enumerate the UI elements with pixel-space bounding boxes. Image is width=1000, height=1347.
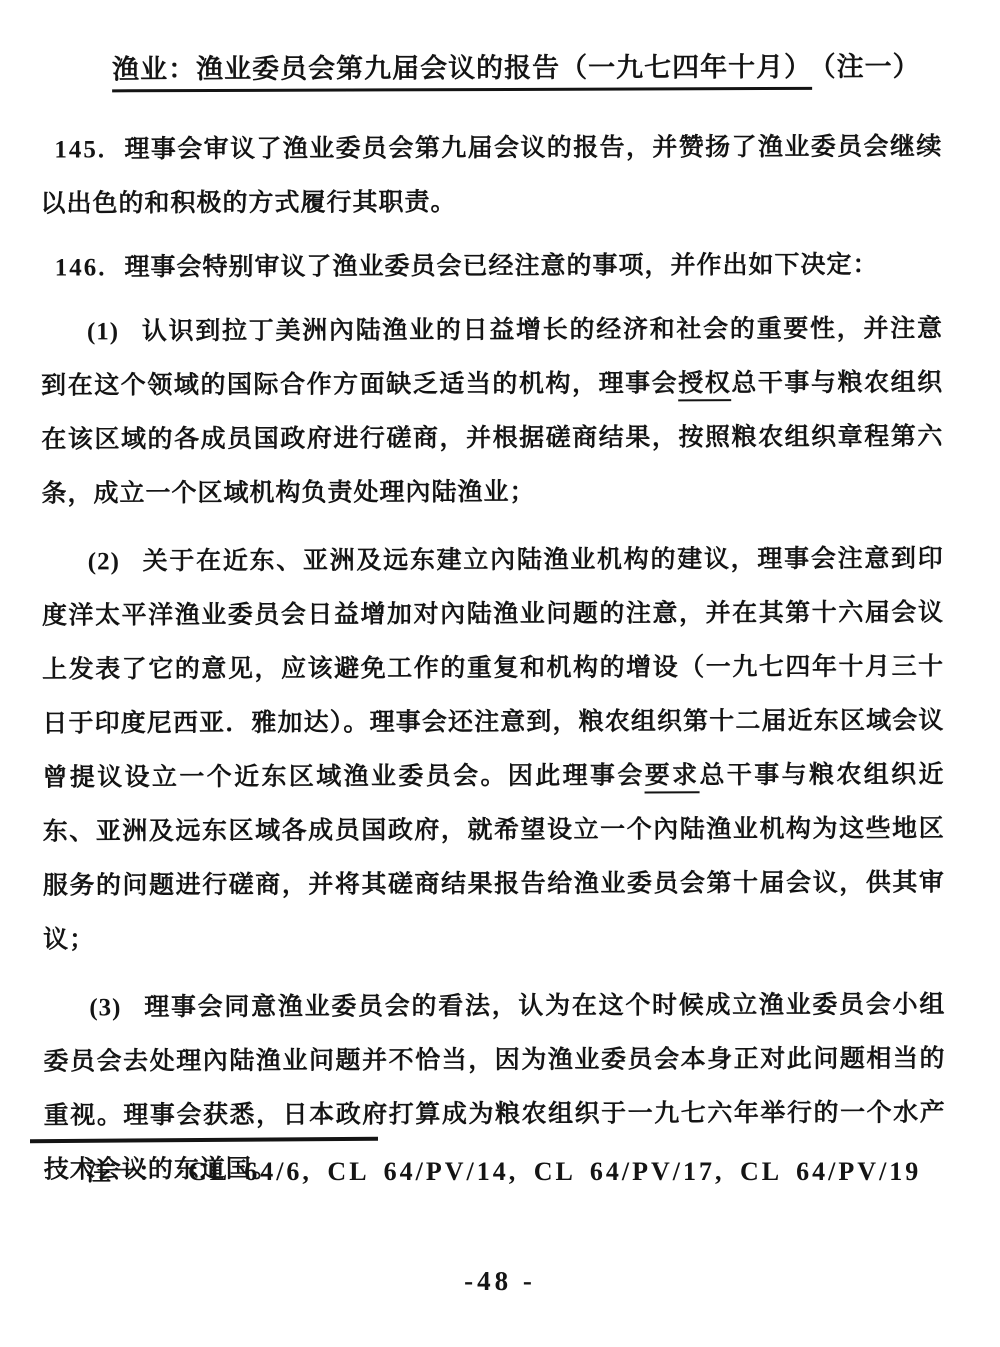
list-item-2-text-pre: 关于在近东、亚洲及远东建立內陆渔业机构的建议，理事会注意到印度洋太平洋渔业委员会… xyxy=(42,545,944,791)
list-item-2: (2)关于在近东、亚洲及远东建立內陆渔业机构的建议，理事会注意到印度洋太平洋渔业… xyxy=(42,532,946,967)
footnote-references: CL 64/6, CL 64/PV/14, CL 64/PV/17, CL 64… xyxy=(188,1157,921,1186)
document-page: 渔业：渔业委员会第九届会议的报告（一九七四年十月）（注一） 145.理事会审议了… xyxy=(0,0,1000,1347)
footnote-label: 注一： xyxy=(86,1159,164,1186)
paragraph-146: 146.理事会特别审议了渔业委员会已经注意的事项，并作出如下决定： xyxy=(41,238,943,295)
paragraph-145-text: 理事会审议了渔业委员会第九届会议的报告，并赞扬了渔业委员会继续以出色的和积极的方… xyxy=(40,133,942,217)
list-item-2-number: (2) xyxy=(88,548,120,575)
list-item-1-number: (1) xyxy=(87,318,119,345)
page-title: 渔业：渔业委员会第九届会议的报告（一九七四年十月）（注一） xyxy=(112,46,942,89)
page-number: -48 - xyxy=(0,1266,1000,1297)
page-title-note-reference: （注一） xyxy=(822,52,921,82)
list-item-1-underlined-word: 授权 xyxy=(678,370,731,401)
paragraph-145-number: 145. xyxy=(54,136,106,163)
document-content: 渔业：渔业委员会第九届会议的报告（一九七四年十月）（注一） 145.理事会审议了… xyxy=(40,46,946,1211)
list-item-1: (1)认识到拉丁美洲內陆渔业的日益增长的经济和社会的重要性，并注意到在这个领域的… xyxy=(41,302,944,521)
page-title-underlined-text: 渔业：渔业委员会第九届会议的报告（一九七四年十月） xyxy=(112,52,812,92)
list-item-3-number: (3) xyxy=(89,994,121,1021)
paragraph-146-number: 146. xyxy=(55,254,107,281)
paragraph-145: 145.理事会审议了渔业委员会第九届会议的报告，并赞扬了渔业委员会继续以出色的和… xyxy=(40,120,942,231)
paragraph-146-text: 理事会特别审议了渔业委员会已经注意的事项，并作出如下决定： xyxy=(124,252,878,282)
list-item-2-underlined-word: 要求 xyxy=(645,762,700,793)
footnote: 注一：CL 64/6, CL 64/PV/14, CL 64/PV/17, CL… xyxy=(86,1152,921,1188)
